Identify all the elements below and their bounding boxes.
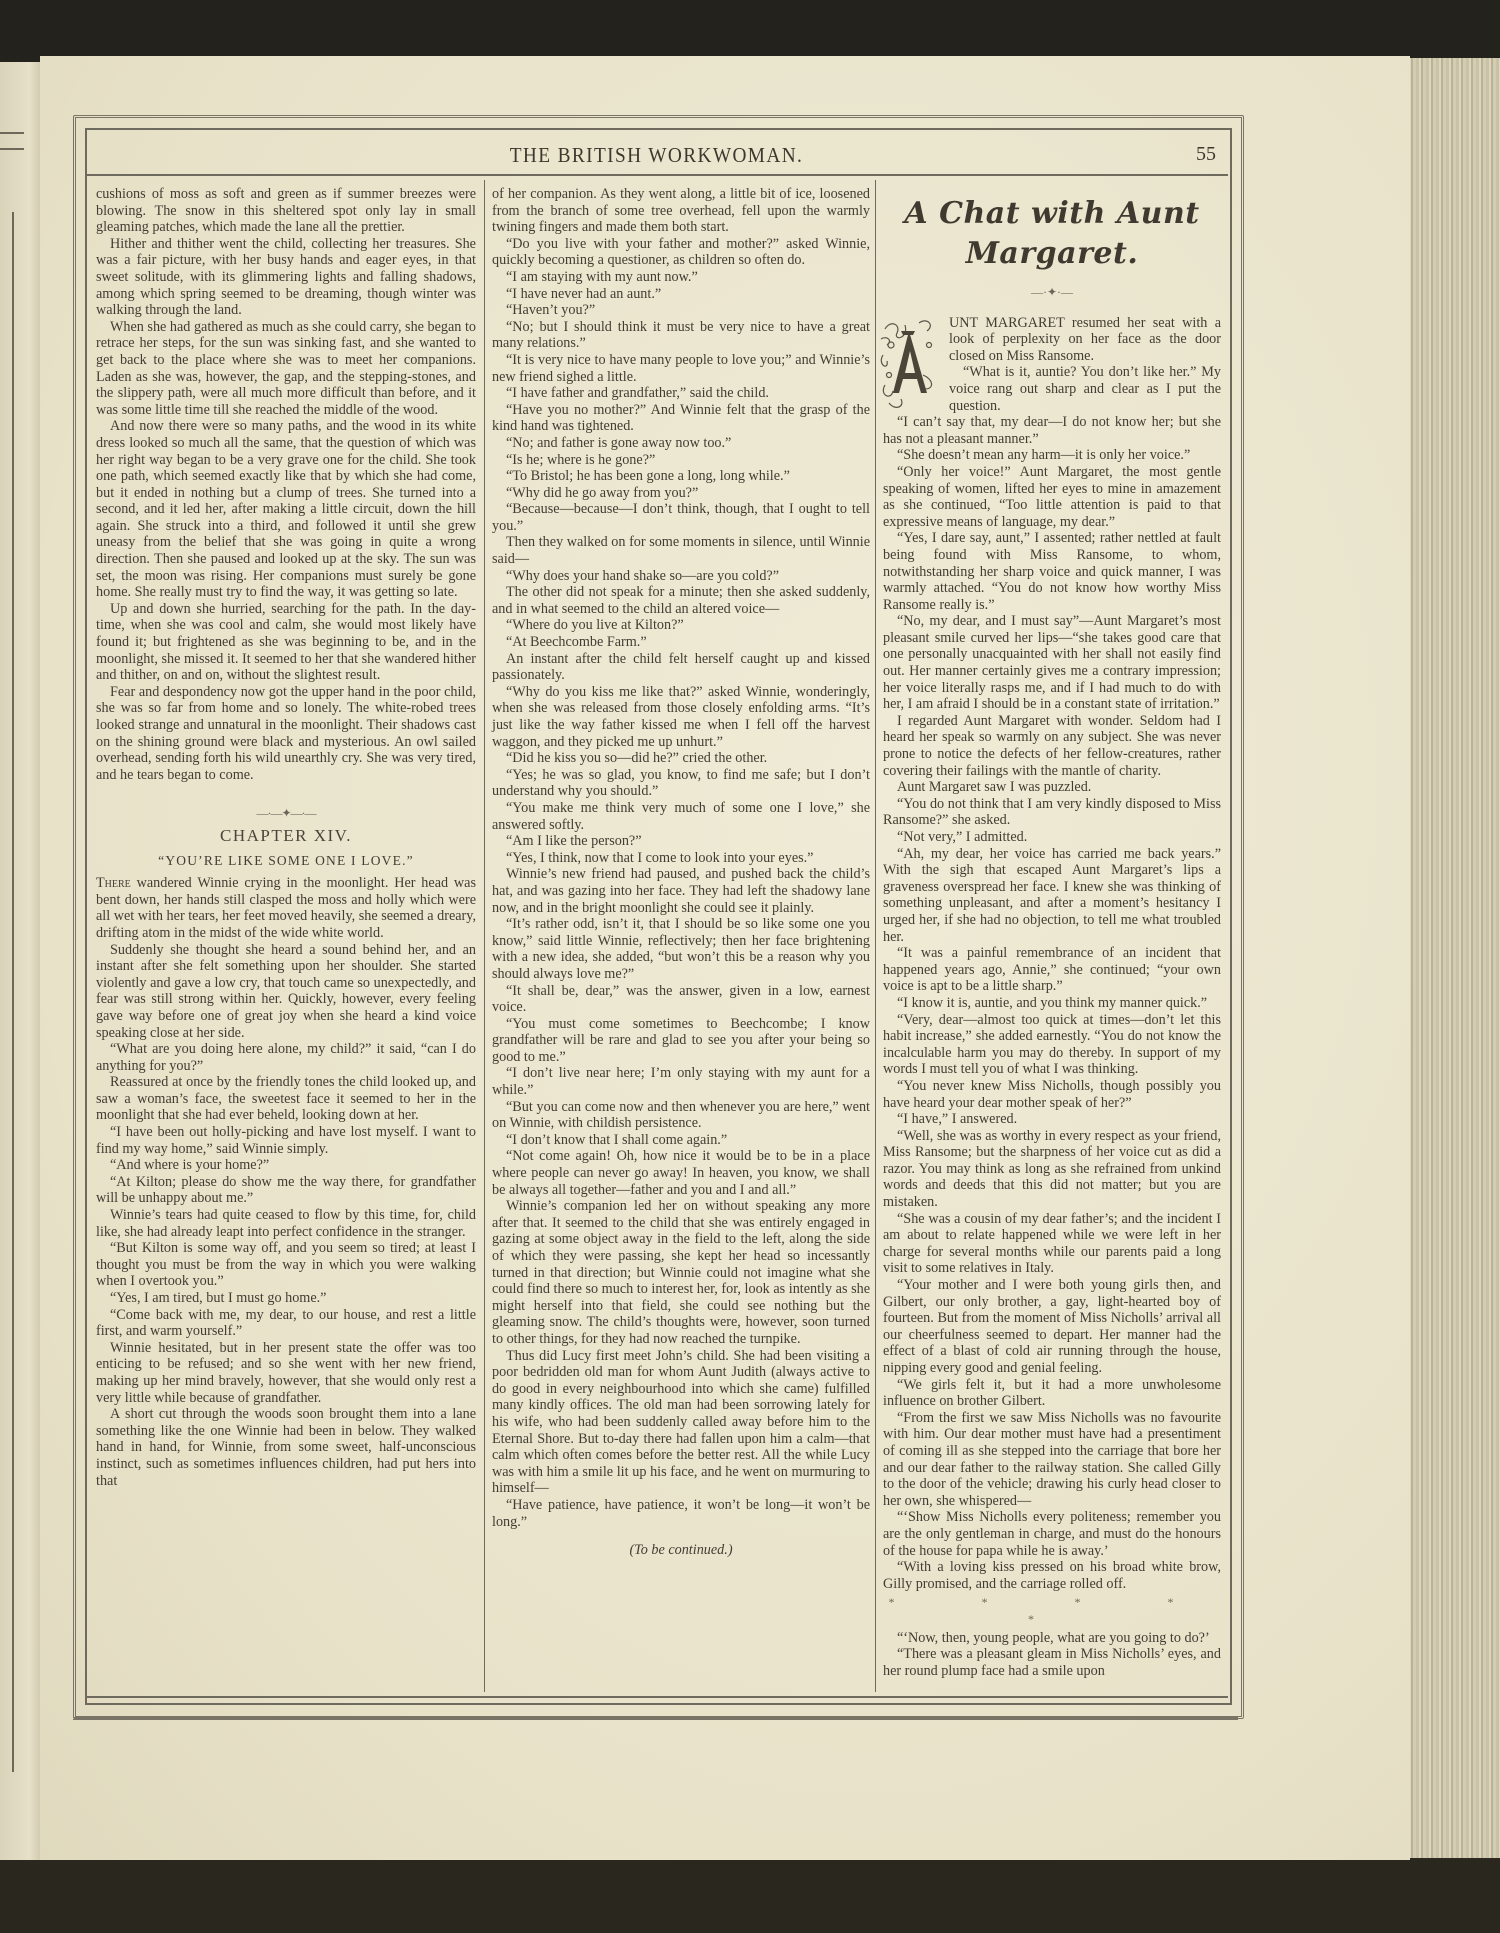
paragraph: “No; and father is gone away now too.”: [492, 435, 870, 452]
paragraph: “To Bristol; he has been gone a long, lo…: [492, 468, 870, 485]
paragraph: “You never knew Miss Nicholls, though po…: [883, 1078, 1221, 1111]
paragraph: And now there were so many paths, and th…: [96, 418, 476, 601]
paragraph: “Your mother and I were both young girls…: [883, 1277, 1221, 1377]
paragraph: “You make me think very much of some one…: [492, 800, 870, 833]
left-page-rule: [0, 132, 24, 134]
paragraph: Winnie’s tears had quite ceased to flow …: [96, 1207, 476, 1240]
bottom-double-rule: [73, 1717, 1238, 1720]
chapter-subtitle: “YOU’RE LIKE SOME ONE I LOVE.”: [96, 853, 476, 870]
paragraph: “Well, she was as worthy in every respec…: [883, 1128, 1221, 1211]
section-ornament: —·—✦—·—: [96, 805, 476, 822]
paragraph: “Where do you live at Kilton?”: [492, 617, 870, 634]
paragraph: Winnie hesitated, but in her present sta…: [96, 1340, 476, 1406]
paragraph: “I know it is, auntie, and you think my …: [883, 995, 1221, 1012]
paragraph: Suddenly she thought she heard a sound b…: [96, 942, 476, 1042]
paragraph: When she had gathered as much as she cou…: [96, 319, 476, 419]
column-2-story: of her companion. As they went along, a …: [492, 186, 870, 1691]
paragraph: Aunt Margaret saw I was puzzled.: [883, 779, 1221, 796]
paragraph: “Is he; where is he gone?”: [492, 452, 870, 469]
paragraph: The other did not speak for a minute; th…: [492, 584, 870, 617]
paragraph: Winnie’s companion led her on without sp…: [492, 1198, 870, 1347]
paragraph: “Not very,” I admitted.: [883, 829, 1221, 846]
paragraph: “Yes, I dare say, aunt,” I assented; rat…: [883, 530, 1221, 613]
paragraph: “But Kilton is some way off, and you see…: [96, 1240, 476, 1290]
ornamental-dropcap-icon: [879, 315, 941, 413]
column-divider: [875, 180, 876, 1692]
paragraph: “You must come sometimes to Beechcombe; …: [492, 1016, 870, 1066]
paragraph: “I can’t say that, my dear—I do not know…: [883, 414, 1221, 447]
paragraph: “Because—because—I don’t think, though, …: [492, 501, 870, 534]
paragraph: “Very, dear—almost too quick at times—do…: [883, 1012, 1221, 1078]
paragraph: “Not come again! Oh, how nice it would b…: [492, 1148, 870, 1198]
paragraph: “Haven’t you?”: [492, 302, 870, 319]
paragraph: “You do not think that I am very kindly …: [883, 796, 1221, 829]
paragraph: “Yes; he was so glad, you know, to find …: [492, 767, 870, 800]
left-facing-page-edge: [0, 62, 43, 1862]
paragraph: “And where is your home?”: [96, 1157, 476, 1174]
paragraph: Then they walked on for some moments in …: [492, 534, 870, 567]
paragraph: Thus did Lucy first meet John’s child. S…: [492, 1348, 870, 1497]
paragraph: “It was a painful remembrance of an inci…: [883, 945, 1221, 995]
column-divider: [484, 180, 485, 1692]
running-head: THE BRITISH WORKWOMAN. 55: [85, 140, 1228, 176]
article-title: A Chat with Aunt Margaret.: [883, 194, 1221, 274]
paragraph: An instant after the child felt herself …: [492, 651, 870, 684]
dark-background-bottom: [0, 1860, 1500, 1933]
paragraph: of her companion. As they went along, a …: [492, 186, 870, 236]
column-3-article: A Chat with Aunt Margaret. —·✦·—: [883, 186, 1221, 1691]
paragraph: Fear and despondency now got the upper h…: [96, 684, 476, 784]
paragraph: “It is very nice to have many people to …: [492, 352, 870, 385]
paragraph: “Why do you kiss me like that?” asked Wi…: [492, 684, 870, 750]
paragraph: A short cut through the woods soon broug…: [96, 1406, 476, 1489]
to-be-continued: (To be continued.): [492, 1542, 870, 1559]
chapter-first-rest: wandered Winnie crying in the moonlight.…: [96, 875, 476, 941]
paragraph: “Yes, I think, now that I come to look i…: [492, 850, 870, 867]
paragraph: Hither and thither went the child, colle…: [96, 236, 476, 319]
publication-title: THE BRITISH WORKWOMAN.: [131, 143, 1183, 168]
paragraph: cushions of moss as soft and green as if…: [96, 186, 476, 236]
paragraph: “Why does your hand shake so—are you col…: [492, 568, 870, 585]
paragraph: “I am staying with my aunt now.”: [492, 269, 870, 286]
paragraph: “I have father and grandfather,” said th…: [492, 385, 870, 402]
left-page-vertical-rule: [12, 212, 14, 1772]
article-opening: UNT MARGARET resumed her seat with a loo…: [883, 315, 1221, 415]
paragraph: Winnie’s new friend had paused, and push…: [492, 866, 870, 916]
chapter-first-word: There: [96, 875, 131, 891]
paragraph: “What are you doing here alone, my child…: [96, 1041, 476, 1074]
paragraph: “Ah, my dear, her voice has carried me b…: [883, 846, 1221, 946]
paragraph: “I have been out holly-picking and have …: [96, 1124, 476, 1157]
bottom-rule: [85, 1696, 1228, 1698]
paragraph: “Yes, I am tired, but I must go home.”: [96, 1290, 476, 1307]
paragraph: “At Kilton; please do show me the way th…: [96, 1174, 476, 1207]
paragraph: Up and down she hurried, searching for t…: [96, 601, 476, 684]
paragraph: I regarded Aunt Margaret with wonder. Se…: [883, 713, 1221, 779]
paragraph: “I don’t live near here; I’m only stayin…: [492, 1065, 870, 1098]
paragraph: “Did he kiss you so—did he?” cried the o…: [492, 750, 870, 767]
paragraph: “Do you live with your father and mother…: [492, 236, 870, 269]
chapter-opening-paragraph: There wandered Winnie crying in the moon…: [96, 875, 476, 941]
left-page-rule: [0, 148, 24, 150]
paragraph: “With a loving kiss pressed on his broad…: [883, 1559, 1221, 1592]
paragraph: “Am I like the person?”: [492, 833, 870, 850]
paragraph: “I have never had an aunt.”: [492, 286, 870, 303]
paragraph: “Come back with me, my dear, to our hous…: [96, 1307, 476, 1340]
paragraph: “From the first we saw Miss Nicholls was…: [883, 1410, 1221, 1510]
paragraph: “‘Now, then, young people, what are you …: [883, 1630, 1221, 1647]
paragraph: “There was a pleasant gleam in Miss Nich…: [883, 1646, 1221, 1679]
title-ornament: —·✦·—: [883, 284, 1221, 301]
paragraph: “Have you no mother?” And Winnie felt th…: [492, 402, 870, 435]
paragraph: “I don’t know that I shall come again.”: [492, 1132, 870, 1149]
paragraph: “Only her voice!” Aunt Margaret, the mos…: [883, 464, 1221, 530]
paragraph: “No; but I should think it must be very …: [492, 319, 870, 352]
paragraph: “She was a cousin of my dear father’s; a…: [883, 1211, 1221, 1277]
book-fore-edge: [1395, 58, 1500, 1858]
paragraph: “It’s rather odd, isn’t it, that I shoul…: [492, 916, 870, 982]
paragraph: “We girls felt it, but it had a more unw…: [883, 1377, 1221, 1410]
paragraph: “At Beechcombe Farm.”: [492, 634, 870, 651]
paragraph: “Why did he go away from you?”: [492, 485, 870, 502]
paragraph: “She doesn’t mean any harm—it is only he…: [883, 447, 1221, 464]
paragraph: “But you can come now and then whenever …: [492, 1099, 870, 1132]
chapter-heading: CHAPTER XIV.: [96, 828, 476, 845]
paragraph: “It shall be, dear,” was the answer, giv…: [492, 983, 870, 1016]
paragraph: “‘Show Miss Nicholls every politeness; r…: [883, 1509, 1221, 1559]
paragraph: “No, my dear, and I must say”—Aunt Marga…: [883, 613, 1221, 713]
paragraph: Reassured at once by the friendly tones …: [96, 1074, 476, 1124]
column-1-story: cushions of moss as soft and green as if…: [96, 186, 476, 1691]
section-break-stars: * * * * *: [883, 1594, 1221, 1627]
paragraph: “I have,” I answered.: [883, 1111, 1221, 1128]
page-number: 55: [1196, 143, 1216, 166]
paragraph: “Have patience, have patience, it won’t …: [492, 1497, 870, 1530]
